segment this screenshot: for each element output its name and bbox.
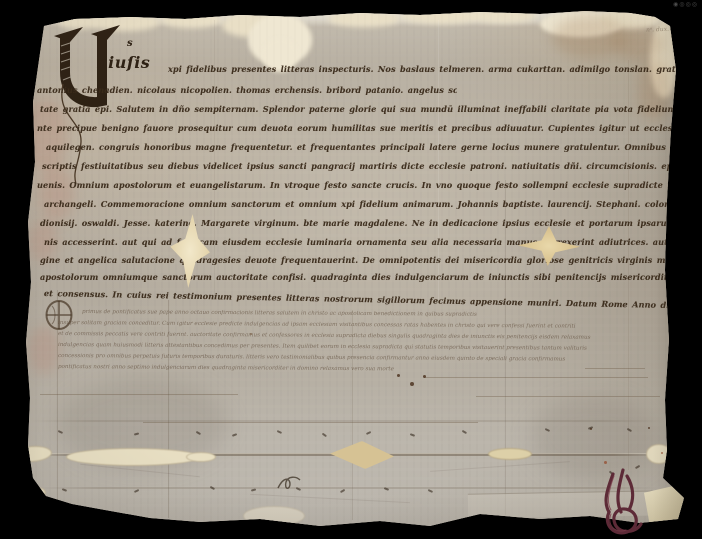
photo-background: ◉◎◎◎ xyxy=(0,0,702,539)
parchment: s niuſis xpi fidelibus presentes littera… xyxy=(0,0,702,539)
seal-cord xyxy=(593,460,679,539)
camera-watermark: ◉◎◎◎ xyxy=(673,1,698,8)
lighting-vignette xyxy=(0,0,702,539)
